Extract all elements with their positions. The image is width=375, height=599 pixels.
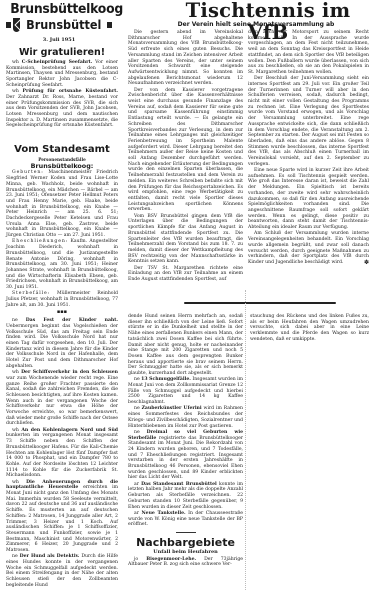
registry-deaths: Sterbefälle: Müllermeister Reinhold Juli… [6,291,118,308]
congratulations-column: wh C-Scheinprüfung Seefahrt. Vor einer K… [6,60,118,130]
news-item: ne Dreimal so viel Geburten wie Sterbefä… [128,430,243,481]
headline-registry-office: Vom Standesamt [6,144,118,155]
article-paragraph: dem auch der Motorsport zu seinem Recht … [248,30,369,76]
separator-mark: ▪▪▪ [6,310,118,316]
article-column-2: dem auch der Motorsport zu seinem Recht … [248,30,369,266]
middle-lower-column: dende Hund seinen Herrn mehrfach an, sod… [128,314,243,569]
article-paragraph: Am Schluß der Versammlung wurden interne… [248,231,369,265]
news-item: ne 13 Schmuggelfälle. Insgesamt wurden i… [128,377,243,406]
headline-congratulations: Wir gratulieren! [6,47,118,58]
news-item-continued: dende Hund seinen Herrn mehrfach an, sod… [128,314,243,377]
headline-neighboring-areas: Nachbargebiete [128,536,243,549]
news-item: ne Zauberkünstler Uferini wird im Rahmen… [128,406,243,429]
article-paragraph: Die gestern abend im Vereinslokal Dithma… [128,30,243,87]
news-item: wh Der Schiffsverkehr in den Schleusen w… [6,370,118,427]
neighboring-subhead: Unfall beim Heufahren [128,550,243,556]
end-mark-icon: ✽ [358,260,369,266]
news-item: ar Neue Tankstelle. In der Chausseestraß… [128,511,243,528]
registry-marriages: Eheschließungen: Kaufm. Angestellter Joa… [6,239,118,290]
masthead-title-koog: Brunsbüttelkoog [10,2,108,17]
coat-of-arms-icon [13,18,20,32]
article-paragraph: Vom BSV Brunsbüttel gingen dem VfB die U… [128,214,243,265]
article-paragraph: Der TSV St. Margarethen richtete eine Ei… [128,266,243,283]
news-item: wh Die Anheuerungen durch die hauptamtli… [6,480,118,554]
news-item: ne Der Hund als Detektiv. Durch die Hilf… [6,554,118,588]
column-edge [245,290,248,590]
news-item: wh An den Kohlenlagern Nord und Süd bunk… [6,428,118,479]
article-paragraph: Der Beschluß der Juni-Versammlung sieht … [248,76,369,167]
registry-place: Brunsbüttelkoog: [6,164,118,170]
congrats-item: wh C-Scheinprüfung Seefahrt. Vor einer K… [6,60,118,89]
news-item: ar Das Standesamt Brunsbüttel konnte im … [128,482,243,511]
wing-ornament-icon [107,22,112,28]
article-subtitle: Der Verein hielt seine Monatsversammlung… [140,21,372,28]
news-item: jo Bisegenmoor-Lehe. Der 73jährige Altba… [128,557,243,568]
news-item: ne Das Fest der Kinder naht. Uebermorgen… [6,318,118,369]
wing-ornament-icon [6,22,11,28]
news-item-continued: stauchung des Rückens und des linken Fuß… [250,314,369,343]
divider [176,532,196,533]
registry-births: Geburten: Maschinenmeister Friedrich Sie… [6,170,118,238]
newspaper-page: Brunsbüttelkoog Brunsbüttel 3. Juli 1951… [0,0,375,599]
masthead: Brunsbüttelkoog Brunsbüttel 3. Juli 1951 [6,2,112,43]
article-paragraph: Eine neue Sparte wird in kurzer Zeit ihr… [248,168,369,231]
right-lower-column: stauchung des Rückens und des linken Fuß… [250,314,369,343]
dateline: 3. Juli 1951 [6,37,112,43]
congrats-item: wh Prüfung für ortsnahe Küstenfahrt. Der… [6,89,118,129]
registry-column: Personenstandsfälle Brunsbüttelkoog: Geb… [6,157,118,589]
article-paragraph: Der von dem Kassierer vorgetragene Zwisc… [128,88,243,213]
article-end-rule [184,302,336,304]
masthead-title-brunsbuettel: Brunsbüttel [26,18,101,32]
article-column-1: Die gestern abend im Vereinslokal Dithma… [128,30,243,283]
